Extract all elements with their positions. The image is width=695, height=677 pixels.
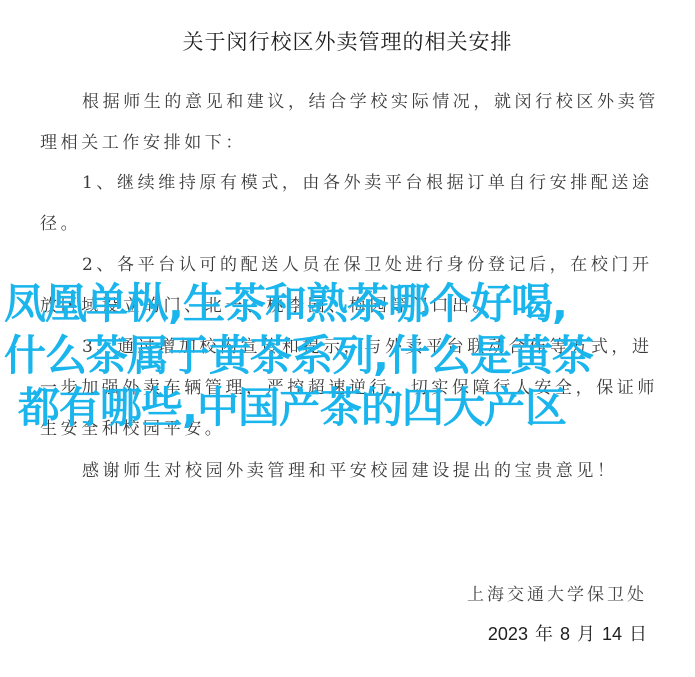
overlay-line-2: 什么茶属于黄茶系列,什么是黄茶 — [4, 330, 694, 382]
overlay-line-1: 凤凰单枞,生茶和熟茶哪个好喝, — [4, 278, 694, 330]
overlay-line-3: 都有哪些,中国产茶的四大产区 — [4, 382, 694, 434]
document-title: 关于闵行校区外卖管理的相关安排 — [0, 26, 695, 56]
item-1-line-1: 1、继续维持原有模式，由各外卖平台根据订单自行安排配送途 — [82, 168, 653, 193]
signature-department: 上海交通大学保卫处 — [467, 580, 647, 605]
intro-paragraph-line-2: 理相关工作安排如下： — [40, 128, 246, 153]
closing-thanks: 感谢师生对校园外卖管理和平安校园建设提出的宝贵意见！ — [82, 456, 618, 481]
item-2-line-1: 2、各平台认可的配送人员在保卫处进行身份登记后，在校门开 — [82, 250, 653, 275]
signature-date: 2023 年 8 月 14 日 — [488, 620, 647, 646]
headline-overlay: 凤凰单枞,生茶和熟茶哪个好喝, 什么茶属于黄茶系列,什么是黄茶 都有哪些,中国产… — [4, 278, 694, 434]
intro-paragraph-line-1: 根据师生的意见和建议，结合学校实际情况，就闵行校区外卖管 — [82, 87, 659, 112]
item-1-line-2: 径。 — [40, 209, 81, 234]
